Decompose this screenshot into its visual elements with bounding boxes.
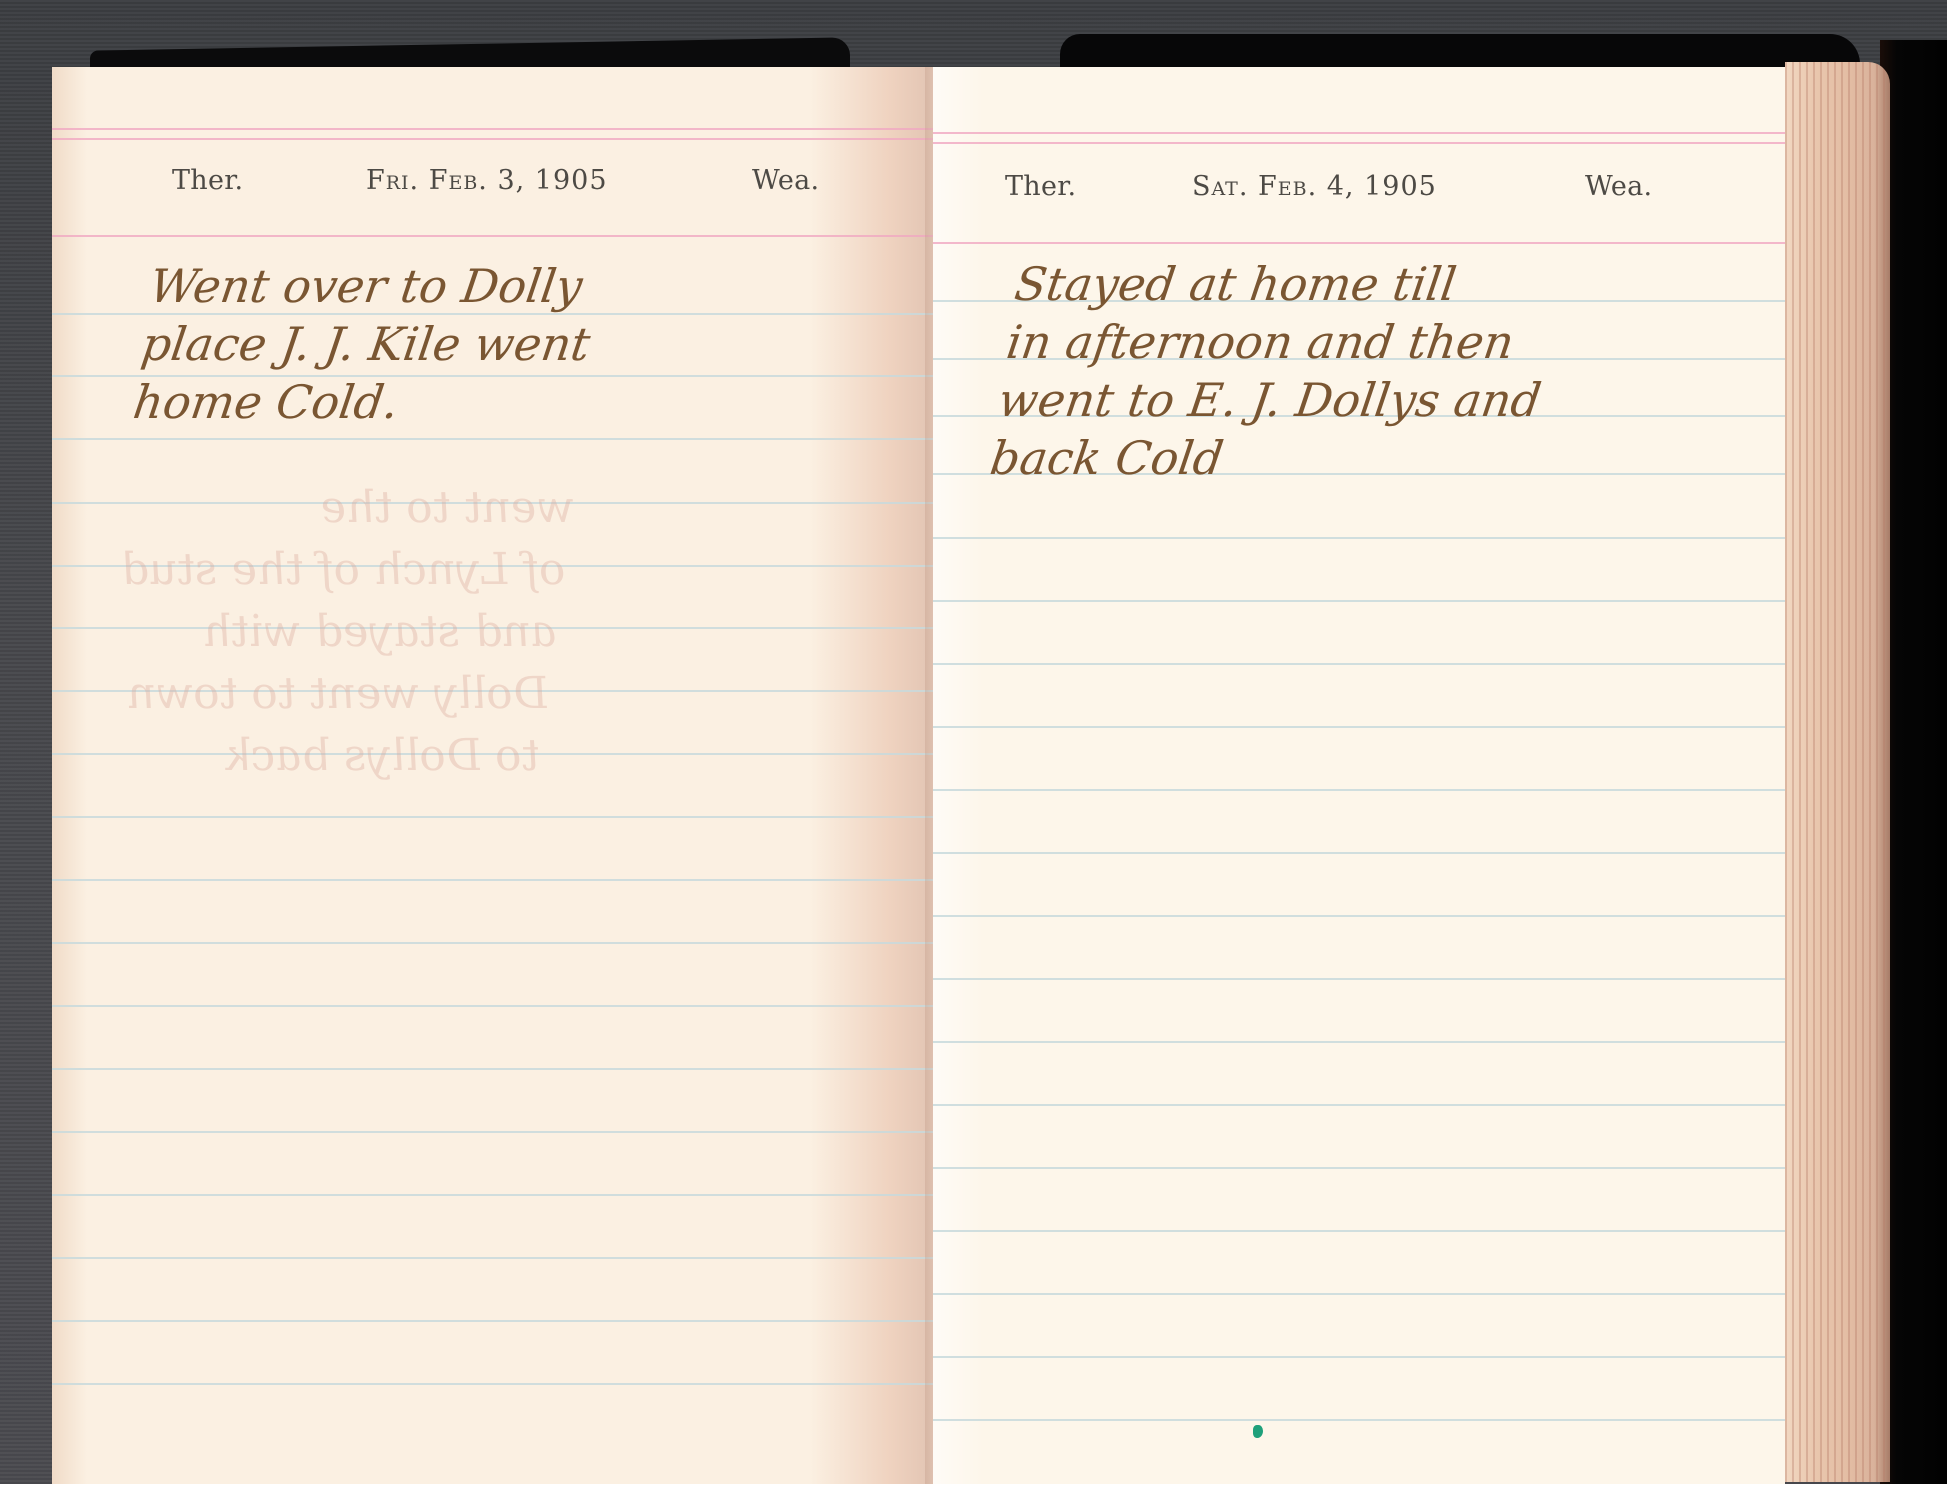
ruled-line [52,1005,933,1007]
header-rule-bottom [52,235,933,237]
weather-label: Wea. [1585,171,1652,202]
ruled-line [52,1131,933,1133]
entry-line: Went over to Dolly [146,257,602,315]
diary-entry: Went over to Dolly place J. J. Kile went… [130,257,602,431]
ruled-line [52,942,933,944]
entry-line: place J. J. Kile went [138,315,594,373]
green-ink-speck [1253,1425,1263,1438]
entry-line: back Cold [987,429,1537,487]
header-rule-bottom [933,242,1785,244]
ruled-line [52,438,933,440]
page-date: Sat. Feb. 4, 1905 [1192,171,1437,202]
ruled-line [52,1194,933,1196]
ruled-line [933,537,1785,539]
right-page-header: Ther. Sat. Feb. 4, 1905 Wea. [933,171,1785,211]
ruled-line [52,879,933,881]
header-rule-top-2 [52,138,933,140]
left-page: Ther. Fri. Feb. 3, 1905 Wea. went to the… [52,67,933,1484]
weather-label: Wea. [752,165,819,196]
thermometer-label: Ther. [172,165,243,196]
bleed-through-text: went to the of Lynch of the stud and sta… [90,477,579,787]
ruled-line [933,600,1785,602]
header-rule-top-2 [933,142,1785,144]
page-block-edges [1785,62,1890,1482]
thermometer-label: Ther. [1005,171,1076,202]
header-rule-top-1 [52,128,933,130]
page-date: Fri. Feb. 3, 1905 [366,165,608,196]
diary-entry: Stayed at home till in afternoon and the… [987,255,1561,487]
ruled-line [933,1167,1785,1169]
entry-line: home Cold. [130,373,586,431]
ruled-line [933,1230,1785,1232]
ruled-line [933,1104,1785,1106]
ruled-line [933,852,1785,854]
ruled-line [52,1257,933,1259]
ruled-line [933,789,1785,791]
ruled-line [52,816,933,818]
entry-line: went to E. J. Dollys and [995,371,1545,429]
ruled-line [933,1356,1785,1358]
ruled-line [933,663,1785,665]
ruled-line [933,1293,1785,1295]
ruled-line [933,915,1785,917]
ruled-line [933,978,1785,980]
book-cover-right [1880,40,1947,1484]
entry-line: Stayed at home till [1011,255,1561,313]
ruled-line [52,1320,933,1322]
entry-line: in afternoon and then [1003,313,1553,371]
header-rule-top-1 [933,132,1785,134]
ruled-line [933,1419,1785,1421]
ruled-line [933,1041,1785,1043]
right-page: Ther. Sat. Feb. 4, 1905 Wea. Stayed at h… [933,67,1785,1484]
left-page-header: Ther. Fri. Feb. 3, 1905 Wea. [52,165,933,205]
ruled-line [933,726,1785,728]
ruled-line [52,1068,933,1070]
ruled-line [52,1383,933,1385]
